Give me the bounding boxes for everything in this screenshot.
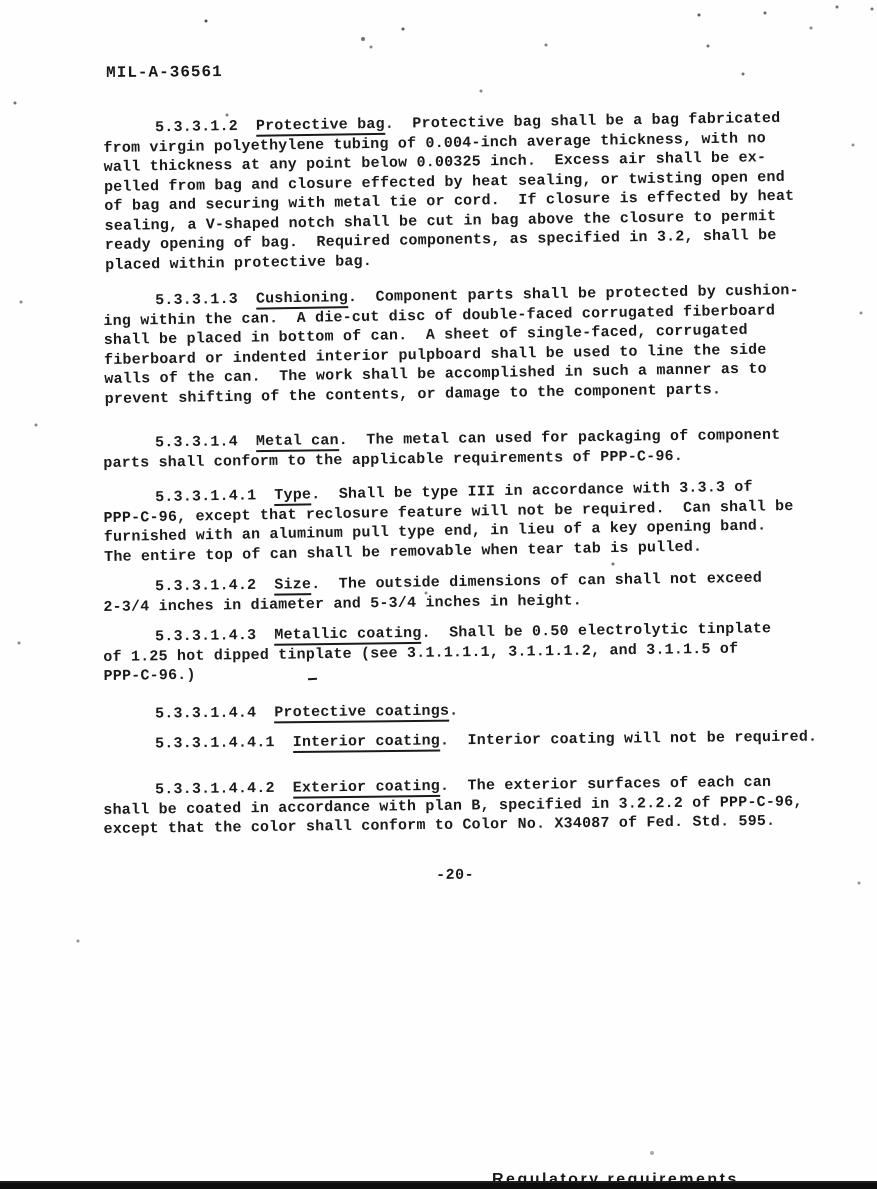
section-heading: Interior coating: [293, 732, 440, 753]
section-5-3-3-1-4-4: 5.3.3.1.4.4Protective coatings.: [103, 698, 848, 725]
section-heading: Protective bag: [256, 116, 385, 137]
section-number: 5.3.3.1.4.4.2: [155, 780, 275, 798]
section-number: 5.3.3.1.3: [155, 291, 238, 309]
section-number: 5.3.3.1.2: [155, 118, 238, 136]
section-text: . The exterior surfaces of each can: [440, 774, 771, 795]
section-number: 5.3.3.1.4.3: [155, 627, 256, 645]
section-5-3-3-1-4-4-2: 5.3.3.1.4.4.2Exterior coating. The exter…: [103, 772, 849, 840]
section-number: 5.3.3.1.4.1: [155, 487, 257, 506]
section-heading: Metal can: [256, 432, 339, 452]
section-heading: Size: [274, 576, 311, 596]
section-5-3-3-1-4-2: 5.3.3.1.4.2Size. The outside dimensions …: [103, 568, 848, 617]
section-heading: Type: [274, 486, 311, 506]
section-text: .: [449, 703, 458, 720]
section-heading: Exterior coating: [293, 778, 440, 799]
section-heading: Metallic coating: [274, 625, 421, 646]
section-body: shall be coated in accordance with plan …: [103, 791, 848, 839]
section-5-3-3-1-4-4-1: 5.3.3.1.4.4.1Interior coating. Interior …: [103, 727, 848, 754]
footer-bleed-text: Regulatory requirements: [492, 1171, 772, 1181]
section-5-3-3-1-4-1: 5.3.3.1.4.1Type. Shall be type III in ac…: [103, 476, 849, 567]
section-heading: Cushioning: [256, 289, 348, 309]
section-heading: Protective coatings: [274, 703, 449, 724]
footer-black-bar: [0, 1183, 877, 1189]
section-number: 5.3.3.1.4.2: [155, 577, 256, 595]
section-body: ing within the can. A die-cut disc of do…: [103, 300, 849, 409]
section-5-3-3-1-2: 5.3.3.1.2Protective bag. Protective bag …: [103, 108, 850, 275]
section-5-3-3-1-4: 5.3.3.1.4Metal can. The metal can used f…: [103, 425, 848, 473]
scan-noise-speckles: [0, 0, 2, 2]
section-text: . Shall be 0.50 electrolytic tinplate: [421, 620, 771, 642]
scanned-page: MIL-A-36561 5.3.3.1.2Protective bag. Pro…: [0, 0, 877, 1189]
footer-bleed-text-clip: Regulatory requirements: [492, 1171, 772, 1181]
section-body: from virgin polyethylene tubing of 0.004…: [103, 127, 850, 275]
document-id: MIL-A-36561: [106, 63, 223, 82]
section-number: 5.3.3.1.4: [155, 433, 238, 451]
section-text: . The metal can used for packaging of co…: [339, 427, 781, 449]
section-body: PPP-C-96, except that reclosure feature …: [103, 495, 849, 566]
section-number: 5.3.3.1.4.4.1: [155, 734, 275, 752]
section-number: 5.3.3.1.4.4: [155, 705, 256, 723]
section-5-3-3-1-4-3: 5.3.3.1.4.3Metallic coating. Shall be 0.…: [103, 618, 849, 686]
section-text: . Interior coating will not be required.: [440, 729, 817, 750]
page-number: -20-: [436, 867, 474, 884]
section-5-3-3-1-3: 5.3.3.1.3Cushioning. Component parts sha…: [103, 280, 850, 409]
